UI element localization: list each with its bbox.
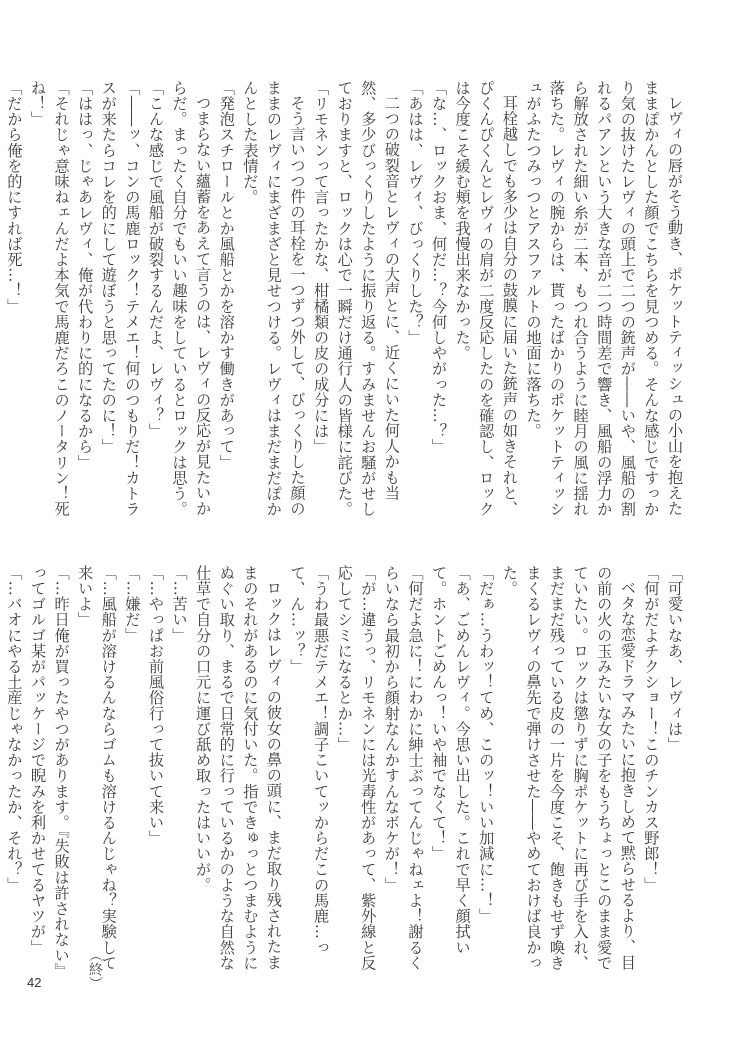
dialogue-line: 「うわ最悪だテメエ！調子こいてッからだこの馬鹿…って、ん…ッ？」 <box>285 565 332 985</box>
dialogue-line: 「何がだよチクショー！このチンカス野郎！」 <box>639 565 663 985</box>
narration-paragraph: ロックはレヴィの彼女の鼻の頭に、まだ取り残されたままのそれがあるのに気付いた。指… <box>191 565 285 985</box>
dialogue-line: 「だから俺を的にすれば死…！」 <box>2 80 26 520</box>
dialogue-line: 「…やっぱお前風俗行って抜いて来い」 <box>143 565 167 985</box>
page-number: 42 <box>27 975 41 990</box>
dialogue-line: 「何だよ急に！にわかに紳士ぶってんじゃねェよ！謝るくらいなら最初から顔射なんかす… <box>379 565 426 985</box>
dialogue-line: 「――ッ、コンの馬鹿ロック！テメエ！何のつもりだ！カトラスが来たらコレを的にして… <box>96 80 143 520</box>
narration-paragraph: レヴィの唇がそう動き、ポケットティッシュの小山を抱えたままぽかんとした顔でこちら… <box>521 80 686 520</box>
dialogue-line: 「…昨日俺が買ったやつがあります。『失敗は許されない』ってゴルゴ某がパッケージで… <box>25 565 72 985</box>
dialogue-line: 「…風船が溶けるんならゴムも溶けるんじゃね？実験して来いよ」 <box>73 565 120 985</box>
dialogue-line: 「な…、ロックおま、何だ…？今何しやがった…？」 <box>426 80 450 520</box>
narration-paragraph: つまらない蘊蓄をあえて言うのは、レヴィの反応が見たいからだ。まったく自分でもいい… <box>167 80 214 520</box>
dialogue-line: 「可愛いなあ、レヴィは」 <box>662 565 686 985</box>
dialogue-line: 「が…違うっ、リモネンには光毒性があって、紫外線と反応してシミになるとか…」 <box>332 565 379 985</box>
dialogue-line: 「…苦い」 <box>167 565 191 985</box>
upper-text-tier: レヴィの唇がそう動き、ポケットティッシュの小山を抱えたままぽかんとした顔でこちら… <box>46 80 686 520</box>
narration-paragraph: 耳栓越しでも多少は自分の鼓膜に届いた銃声の如きそれと、ぴくんぴくんとレヴィの肩が… <box>450 80 521 520</box>
narration-paragraph: そう言いつつ件の耳栓を一つずつ外して、びっくりした顔のままのレヴィにまざまざと見… <box>238 80 309 520</box>
dialogue-line: 「あ、ごめんレヴィ。今思い出した。これで早く顔拭いて。ホントごめんっ！いや袖でな… <box>426 565 473 985</box>
dialogue-line: 「…嫌だ」 <box>120 565 144 985</box>
narration-paragraph: 二つの破裂音とレヴィの大声とに、近くにいた何人かも当然、多少びっくりしたように振… <box>332 80 403 520</box>
dialogue-line: 「…バオにやる土産じゃなかったか、それ？」 <box>2 565 26 985</box>
dialogue-line: 「こんな感じで風船が破裂するんだよ、レヴィ？」 <box>143 80 167 520</box>
dialogue-line: 「発泡スチロールとか風船とかを溶かす働きがあって」 <box>214 80 238 520</box>
dialogue-line: 「勝手に死ね馬鹿！ひとりだけ耳栓しやがって！何だよその顔！」 <box>0 80 2 520</box>
dialogue-line: 「それじゃ意味ねェんだよ本気で馬鹿だろこのノータリン！死ね！」 <box>25 80 72 520</box>
end-mark: （終） <box>85 948 105 990</box>
lower-text-tier: 「可愛いなあ、レヴィは」「何がだよチクショー！このチンカス野郎！」ベタな恋愛ドラ… <box>46 565 686 985</box>
dialogue-line: 「リモネンって言ったかな、柑橘類の皮の成分には」 <box>309 80 333 520</box>
narration-paragraph: ベタな恋愛ドラマみたいに抱きしめて黙らせるより、目の前の火の玉みたいな女の子をも… <box>497 565 639 985</box>
dialogue-line: 「ははっ、じゃあレヴィ、俺が代わりに的になるから」 <box>73 80 97 520</box>
dialogue-line: 「だぁ…うわッ！てめ、このッ！いい加減に…！」 <box>474 565 498 985</box>
narration-paragraph: 呆れたような照れたような顔の眉間に、しわを寄せるレヴィ。 <box>0 565 2 985</box>
dialogue-line: 「あはは、レヴィ、びっくりした？」 <box>403 80 427 520</box>
